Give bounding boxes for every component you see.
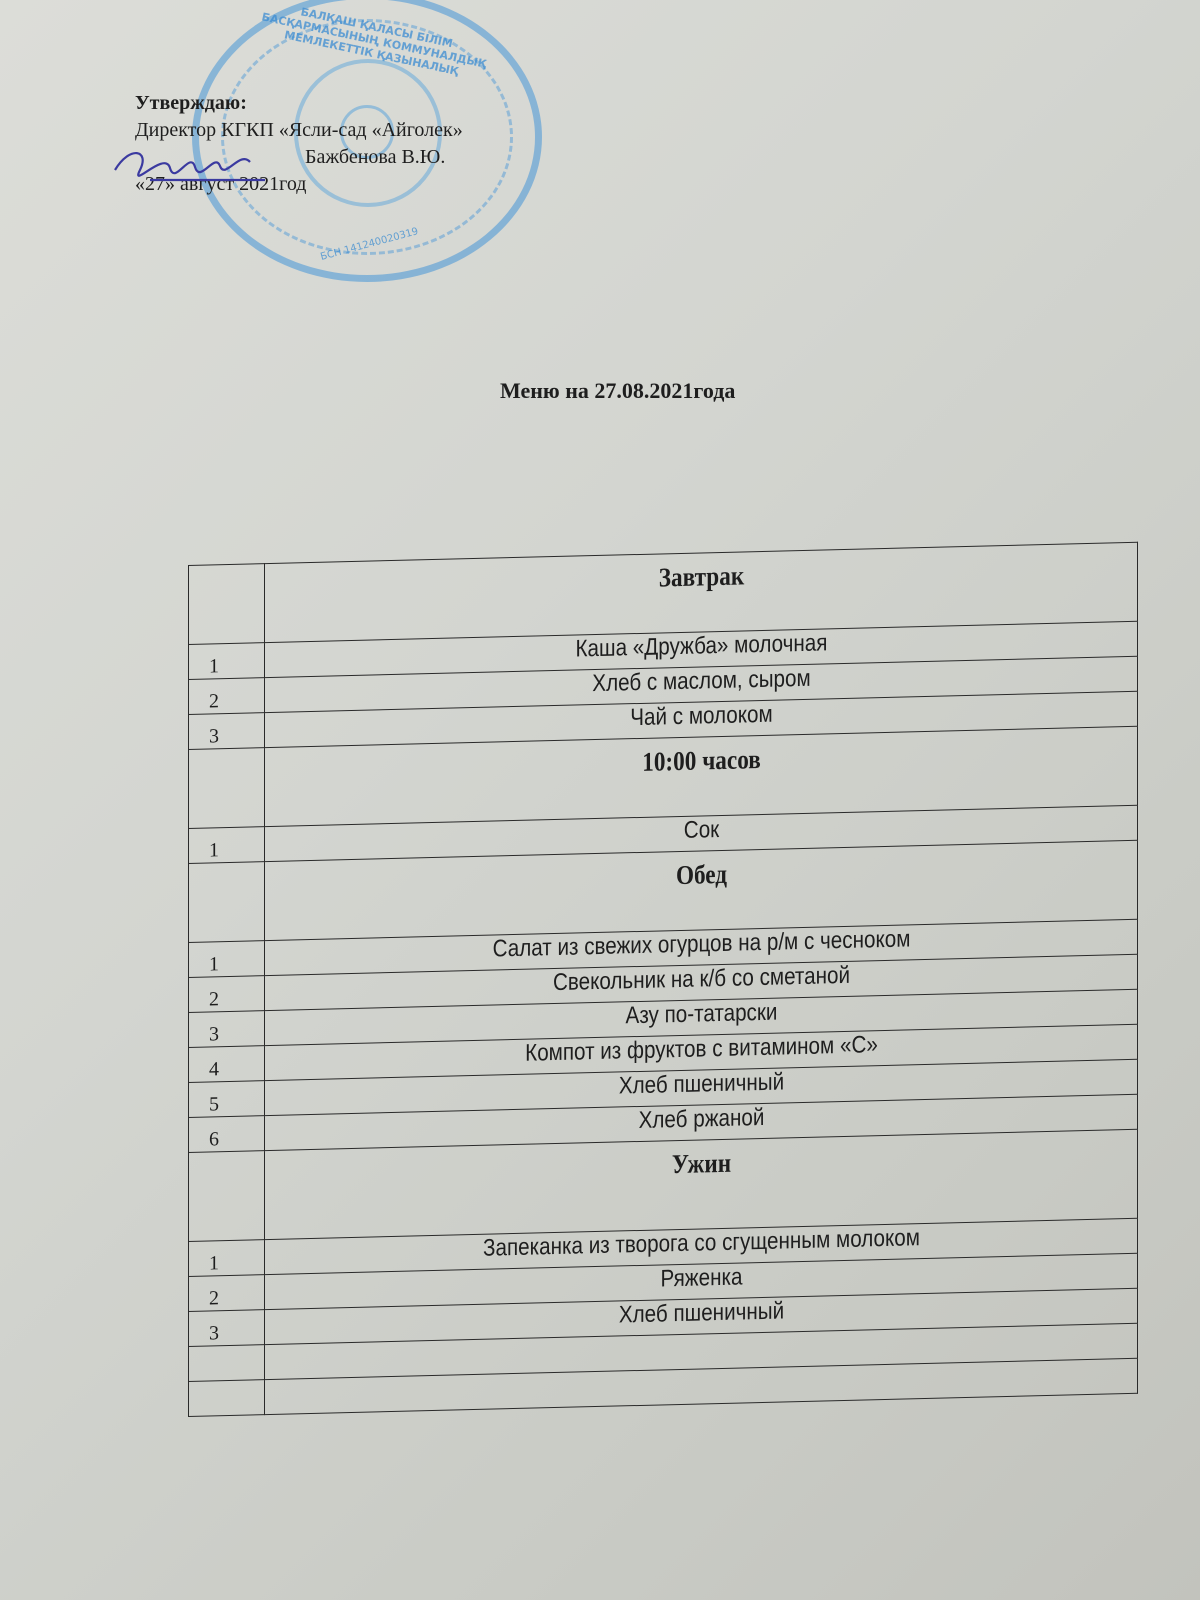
item-number: 1 [189,827,265,864]
item-number [189,1380,265,1417]
item-number: 3 [189,713,265,750]
section-num-cell [189,748,265,829]
approval-heading: Утверждаю: [135,90,463,117]
item-number: 3 [189,1011,265,1048]
item-number: 2 [189,1275,265,1312]
item-number: 1 [189,1240,265,1277]
item-number: 2 [189,976,265,1013]
item-number: 1 [189,941,265,978]
signature-icon [110,140,270,185]
item-number: 2 [189,678,265,715]
item-number: 4 [189,1046,265,1083]
section-num-cell [189,1151,265,1242]
item-number: 6 [189,1116,265,1153]
menu-title: Меню на 27.08.2021года [500,378,735,404]
menu-table: Завтрак1Каша «Дружба» молочная2Хлеб с ма… [188,542,1138,1417]
item-number: 3 [189,1310,265,1347]
section-num-cell [189,564,265,645]
item-number [189,1345,265,1382]
stamp-bin: БСН 141240020319 [319,226,419,263]
item-number: 5 [189,1081,265,1118]
section-num-cell [189,862,265,943]
item-number: 1 [189,643,265,680]
